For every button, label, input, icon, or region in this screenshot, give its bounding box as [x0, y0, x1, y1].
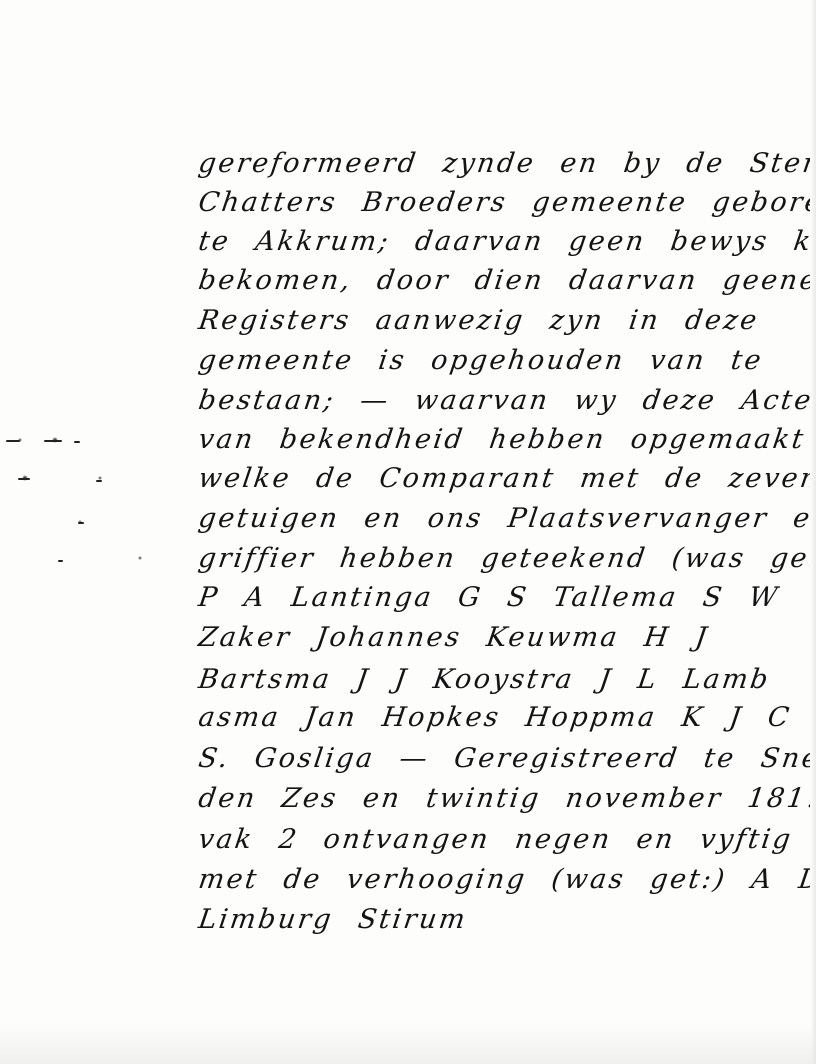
text-line-8: van bekendheid hebben opgemaakt [195, 424, 811, 464]
text-line-12: P A Lantinga G S Tallema S W [195, 582, 811, 622]
text-line-3: te Akkrum; daarvan geen bewys kan [195, 226, 811, 266]
text-line-19: met de verhooging (was get:) A D v [195, 864, 811, 904]
text-line-16: S. Gosliga — Geregistreerd te Sneek [195, 743, 811, 783]
page-right-edge [810, 0, 816, 1064]
margin-bleed-through-marks [0, 430, 190, 570]
text-line-2: Chatters Broeders gemeente geboren [195, 187, 811, 227]
text-line-7: bestaan; — waarvan wy deze Acte [195, 385, 811, 425]
scanned-document-page: gereformeerd zynde en by de Stem Chatter… [0, 0, 816, 1064]
text-line-9: welke de Comparant met de zeven [195, 463, 811, 503]
text-line-10: getuigen en ons Plaatsvervanger en [195, 503, 811, 543]
text-line-14: Bartsma J J Kooystra J L Lamb [195, 664, 811, 704]
text-line-20: Limburg Stirum [195, 904, 811, 944]
text-line-17: den Zes en twintig november 181? folio 1… [195, 783, 811, 823]
text-line-18: vak 2 ontvangen negen en vyftig Cent [195, 824, 811, 864]
text-line-1: gereformeerd zynde en by de Stem [195, 148, 811, 188]
text-line-11: griffier hebben geteekend (was get:) [195, 543, 811, 583]
text-line-4: bekomen, door dien daarvan geene [195, 265, 811, 305]
text-line-13: Zaker Johannes Keuwma H J [195, 622, 811, 662]
page-bottom-shadow [0, 1024, 816, 1064]
text-line-15: asma Jan Hopkes Hoppma K J C Andrea [195, 702, 811, 742]
text-line-6: gemeente is opgehouden van te [195, 345, 811, 385]
text-line-5: Registers aanwezig zyn in deze [195, 305, 811, 345]
